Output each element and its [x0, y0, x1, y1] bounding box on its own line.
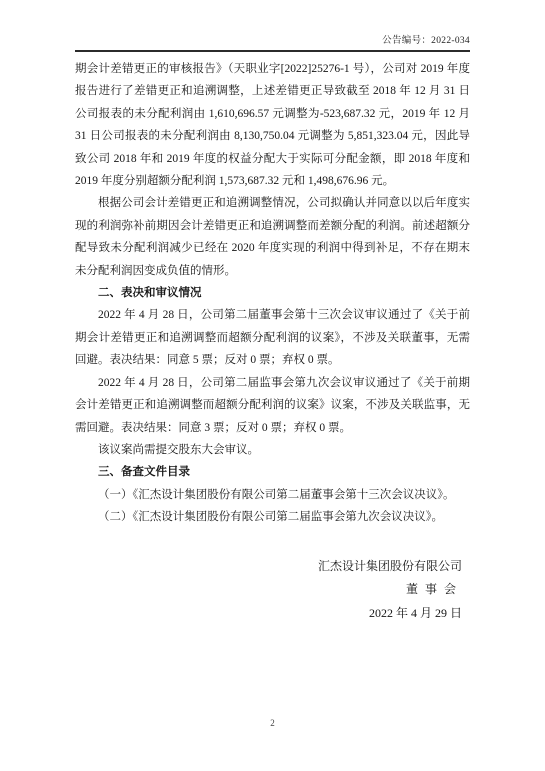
notice-number: 公告编号：2022-034	[75, 32, 470, 46]
paragraph-profit-makeup: 根据公司会计差错更正和追溯调整情况，公司拟确认并同意以以后年度实现的利润弥补前期…	[75, 192, 470, 282]
paragraph-document-item-2: （二）《汇杰设计集团股份有限公司第二届监事会第九次会议决议》。	[75, 506, 470, 528]
section-heading-voting: 二、表决和审议情况	[75, 282, 470, 304]
paragraph-shareholder-meeting: 该议案尚需提交股东大会审议。	[75, 439, 470, 461]
page-footer: 2	[0, 713, 545, 731]
page-number: 2	[270, 718, 275, 728]
paragraph-supervisor-vote: 2022 年 4 月 28 日，公司第二届监事会第九次会议审议通过了《关于前期会…	[75, 372, 470, 439]
paragraph-board-vote: 2022 年 4 月 28 日，公司第二届董事会第十三次会议审议通过了《关于前期…	[75, 304, 470, 371]
signature-company-name: 汇杰设计集团股份有限公司	[75, 555, 462, 579]
signature-board: 董 事 会	[75, 578, 462, 602]
document-page: 公告编号：2022-034 期会计差错更正的审核报告》（天职业字[2022]25…	[0, 0, 545, 771]
section-heading-documents: 三、备查文件目录	[75, 461, 470, 483]
signature-date: 2022 年 4 月 29 日	[75, 602, 462, 626]
page-header: 公告编号：2022-034	[75, 32, 470, 52]
document-body: 期会计差错更正的审核报告》（天职业字[2022]25276-1 号），公司对 2…	[75, 58, 470, 529]
signature-block: 汇杰设计集团股份有限公司 董 事 会 2022 年 4 月 29 日	[75, 555, 470, 626]
paragraph-continuation: 期会计差错更正的审核报告》（天职业字[2022]25276-1 号），公司对 2…	[75, 58, 470, 192]
paragraph-document-item-1: （一）《汇杰设计集团股份有限公司第二届董事会第十三次会议决议》。	[75, 484, 470, 506]
